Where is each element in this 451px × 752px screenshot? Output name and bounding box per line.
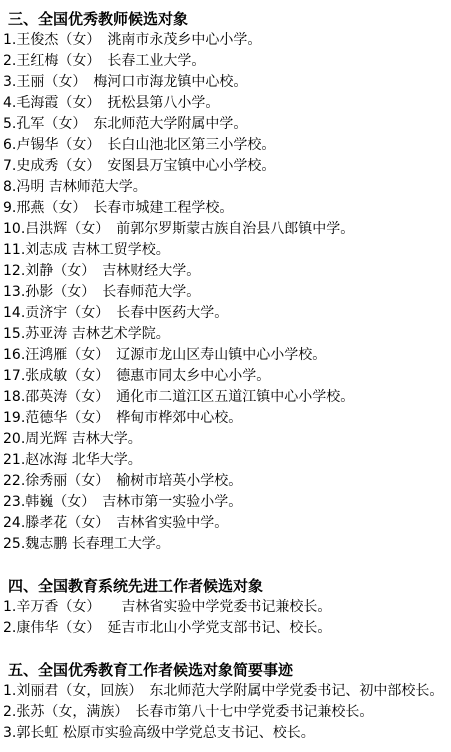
section-title: 三、全国优秀教师候选对象 <box>8 9 448 30</box>
list-item: 1.刘丽君（女，回族） 东北师范大学附属中学党委书记、初中部校长。 <box>3 681 448 702</box>
list-item: 13.孙影（女） 长春师范大学。 <box>3 282 448 303</box>
list-item: 8.冯明 吉林师范大学。 <box>3 177 448 198</box>
list-item: 1.王俊杰（女） 洮南市永茂乡中心小学。 <box>3 30 448 51</box>
list-item: 4.毛海霞（女） 抚松县第八小学。 <box>3 93 448 114</box>
list-item: 18.邵英涛（女） 通化市二道江区五道江镇中心小学校。 <box>3 387 448 408</box>
list-item: 11.刘志成 吉林工贸学校。 <box>3 240 448 261</box>
list-item: 19.范德华（女） 桦甸市桦郊中心校。 <box>3 408 448 429</box>
list-item: 24.滕孝花（女） 吉林省实验中学。 <box>3 513 448 534</box>
list-item: 17.张成敏（女） 德惠市同太乡中心小学。 <box>3 366 448 387</box>
list-item: 10.吕洪辉（女） 前郭尔罗斯蒙古族自治县八郎镇中学。 <box>3 219 448 240</box>
section: 五、全国优秀教育工作者候选对象简要事迹1.刘丽君（女，回族） 东北师范大学附属中… <box>3 660 448 744</box>
list-item: 2.康伟华（女） 延吉市北山小学党支部书记、校长。 <box>3 618 448 639</box>
list-item: 3.郭长虹 松原市实验高级中学党总支书记、校长。 <box>3 723 448 744</box>
list-item: 5.孔军（女） 东北师范大学附属中学。 <box>3 114 448 135</box>
section-title: 五、全国优秀教育工作者候选对象简要事迹 <box>8 660 448 681</box>
list-item: 22.徐秀丽（女） 榆树市培英小学校。 <box>3 471 448 492</box>
list-item: 16.汪鸿雁（女） 辽源市龙山区寿山镇中心小学校。 <box>3 345 448 366</box>
list-item: 7.史成秀（女） 安图县万宝镇中心小学校。 <box>3 156 448 177</box>
section-gap <box>3 555 448 576</box>
section: 三、全国优秀教师候选对象1.王俊杰（女） 洮南市永茂乡中心小学。2.王红梅（女）… <box>3 9 448 555</box>
list-item: 23.韩巍（女） 吉林市第一实验小学。 <box>3 492 448 513</box>
section-gap <box>3 639 448 660</box>
list-item: 12.刘静（女） 吉林财经大学。 <box>3 261 448 282</box>
list-item: 21.赵冰海 北华大学。 <box>3 450 448 471</box>
list-item: 14.贡济宇（女） 长春中医药大学。 <box>3 303 448 324</box>
list-item: 25.魏志鹏 长春理工大学。 <box>3 534 448 555</box>
list-item: 1.辛万香（女） 吉林省实验中学党委书记兼校长。 <box>3 597 448 618</box>
list-item: 2.张苏（女，满族） 长春市第八十七中学党委书记兼校长。 <box>3 702 448 723</box>
list-item: 15.苏亚涛 吉林艺术学院。 <box>3 324 448 345</box>
list-item: 3.王丽（女） 梅河口市海龙镇中心校。 <box>3 72 448 93</box>
list-item: 6.卢锡华（女） 长白山池北区第三小学校。 <box>3 135 448 156</box>
list-item: 9.邢燕（女） 长春市城建工程学校。 <box>3 198 448 219</box>
list-item: 2.王红梅（女） 长春工业大学。 <box>3 51 448 72</box>
section-title: 四、全国教育系统先进工作者候选对象 <box>8 576 448 597</box>
list-item: 20.周光辉 吉林大学。 <box>3 429 448 450</box>
document-body: 三、全国优秀教师候选对象1.王俊杰（女） 洮南市永茂乡中心小学。2.王红梅（女）… <box>0 0 451 752</box>
section: 四、全国教育系统先进工作者候选对象1.辛万香（女） 吉林省实验中学党委书记兼校长… <box>3 576 448 639</box>
